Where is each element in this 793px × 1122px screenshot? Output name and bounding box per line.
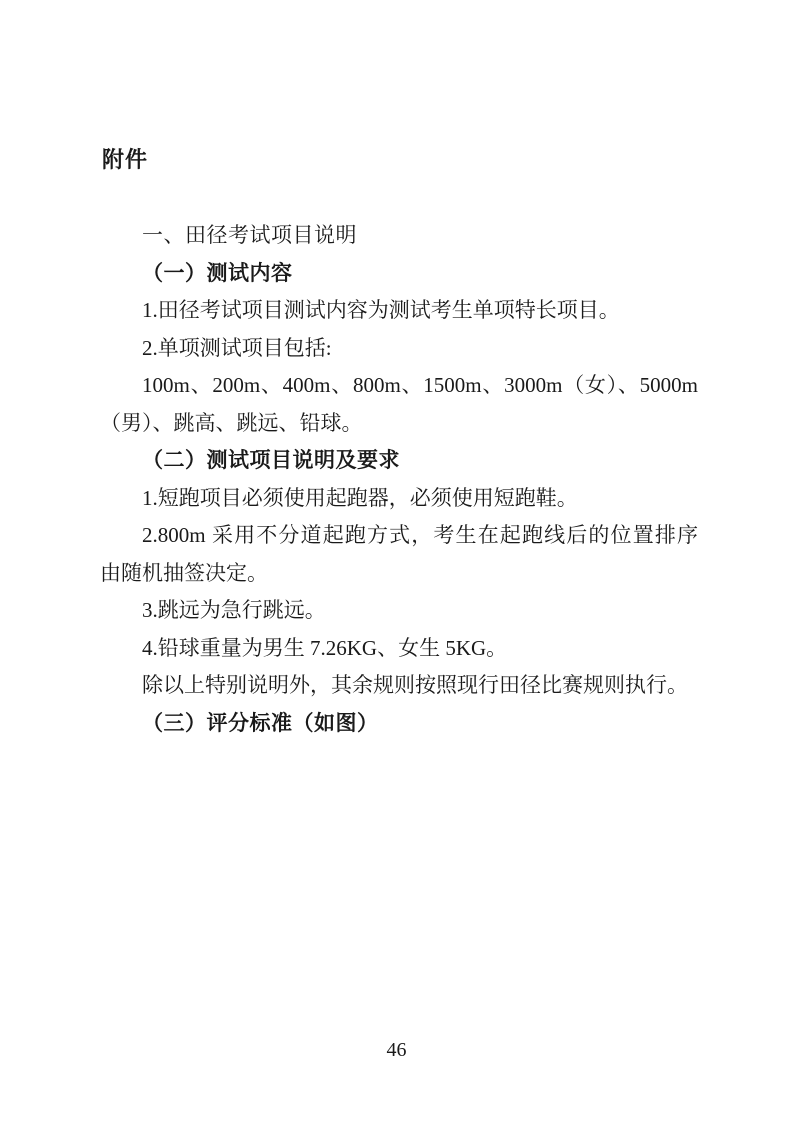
attachment-label: 附件 — [102, 146, 148, 174]
text-line: 4.铅球重量为男生 7.26KG、女生 5KG。 — [100, 630, 698, 668]
text-line: 由随机抽签决定。 — [100, 555, 698, 593]
text-line: 3.跳远为急行跳远。 — [100, 592, 698, 630]
text-line: 1.田径考试项目测试内容为测试考生单项特长项目。 — [100, 292, 698, 330]
text-line: 2.单项测试项目包括: — [100, 330, 698, 368]
text-line: （二）测试项目说明及要求 — [100, 442, 698, 480]
page-number: 46 — [0, 1038, 793, 1062]
text-line: （男）、跳高、跳远、铅球。 — [100, 405, 698, 443]
document-body: 一、田径考试项目说明（一）测试内容1.田径考试项目测试内容为测试考生单项特长项目… — [100, 217, 698, 742]
text-line: 除以上特别说明外，其余规则按照现行田径比赛规则执行。 — [100, 667, 698, 705]
text-line: （三）评分标准（如图） — [100, 705, 698, 743]
text-line: 2.800m 采用不分道起跑方式，考生在起跑线后的位置排序 — [100, 517, 698, 555]
text-line: （一）测试内容 — [100, 255, 698, 293]
text-line: 100m、200m、400m、800m、1500m、3000m（女）、5000m — [100, 367, 698, 405]
text-line: 一、田径考试项目说明 — [100, 217, 698, 255]
document-page: 附件 一、田径考试项目说明（一）测试内容1.田径考试项目测试内容为测试考生单项特… — [0, 0, 793, 1122]
text-line: 1.短跑项目必须使用起跑器，必须使用短跑鞋。 — [100, 480, 698, 518]
